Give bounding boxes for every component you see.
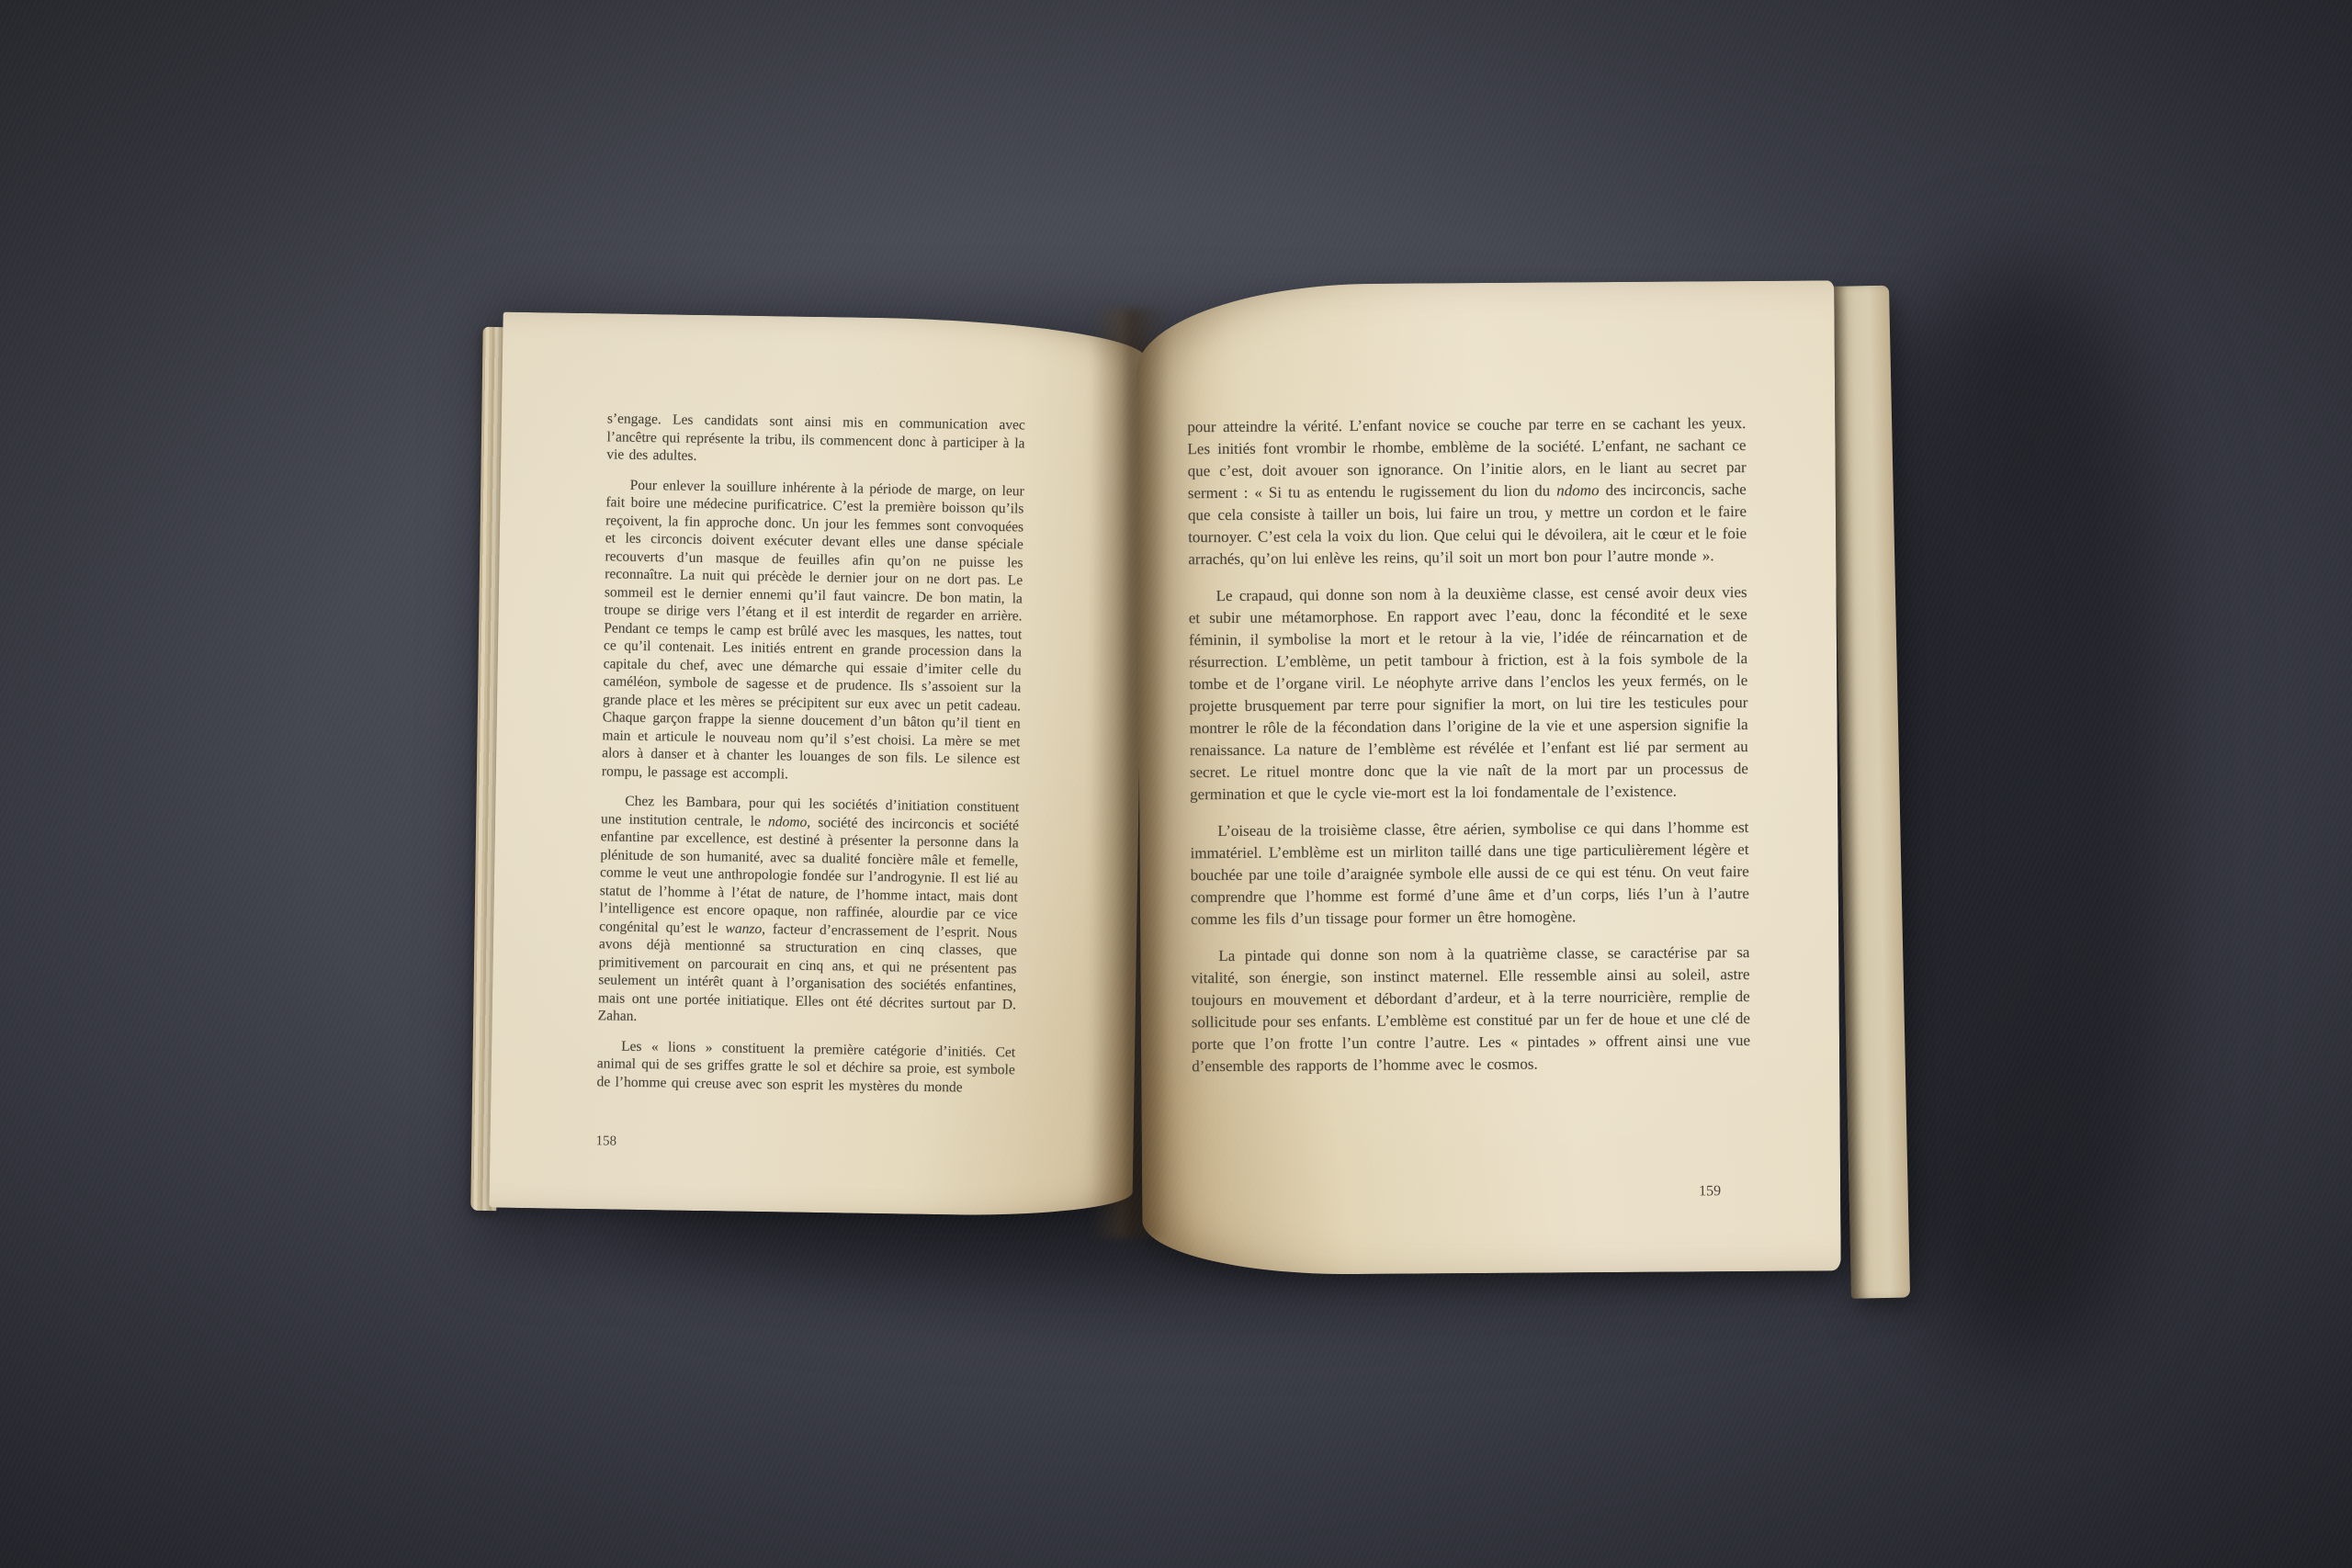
right-page: pour atteindre la vérité. L’enfant novic… — [1136, 280, 1841, 1275]
paragraph: Les « lions » constituent la première ca… — [596, 1037, 1015, 1098]
italic-term: ndomo — [1556, 481, 1599, 499]
paragraph: La pintade qui donne son nom à la quatri… — [1191, 942, 1750, 1077]
left-page-text: s’engage. Les candidats sont ainsi mis e… — [596, 410, 1025, 1109]
text-segment: , facteur d’encrassement de l’esprit. No… — [598, 921, 1018, 1024]
photo-backdrop: s’engage. Les candidats sont ainsi mis e… — [0, 0, 2352, 1568]
italic-term: wanzo — [725, 920, 762, 937]
text-segment: Le crapaud, qui donne son nom à la deuxi… — [1189, 583, 1748, 803]
paragraph: Pour enlever la souillure inhérente à la… — [602, 476, 1024, 787]
left-page-number: 158 — [595, 1134, 616, 1149]
text-segment: Les « lions » constituent la première ca… — [596, 1038, 1015, 1095]
book-side-shadow — [1870, 266, 2173, 1359]
paragraph: Le crapaud, qui donne son nom à la deuxi… — [1189, 581, 1749, 806]
paragraph: s’engage. Les candidats sont ainsi mis e… — [606, 410, 1025, 470]
right-page-number: 159 — [1699, 1183, 1721, 1200]
paragraph: pour atteindre la vérité. L’enfant novic… — [1187, 412, 1747, 570]
text-segment: La pintade qui donne son nom à la quatri… — [1191, 943, 1750, 1075]
left-page: s’engage. Les candidats sont ainsi mis e… — [489, 312, 1146, 1218]
paragraph: L’oiseau de la troisième classe, être aé… — [1190, 817, 1749, 931]
text-segment: Pour enlever la souillure inhérente à la… — [602, 477, 1024, 782]
italic-term: ndomo — [768, 814, 807, 830]
text-segment: L’oiseau de la troisième classe, être aé… — [1190, 818, 1748, 928]
right-page-text: pour atteindre la vérité. L’enfant novic… — [1187, 412, 1750, 1092]
text-segment: s’engage. Les candidats sont ainsi mis e… — [606, 411, 1025, 464]
paragraph: Chez les Bambara, pour qui les sociétés … — [598, 792, 1020, 1032]
text-segment: , société des incirconcis et société enf… — [599, 814, 1019, 936]
